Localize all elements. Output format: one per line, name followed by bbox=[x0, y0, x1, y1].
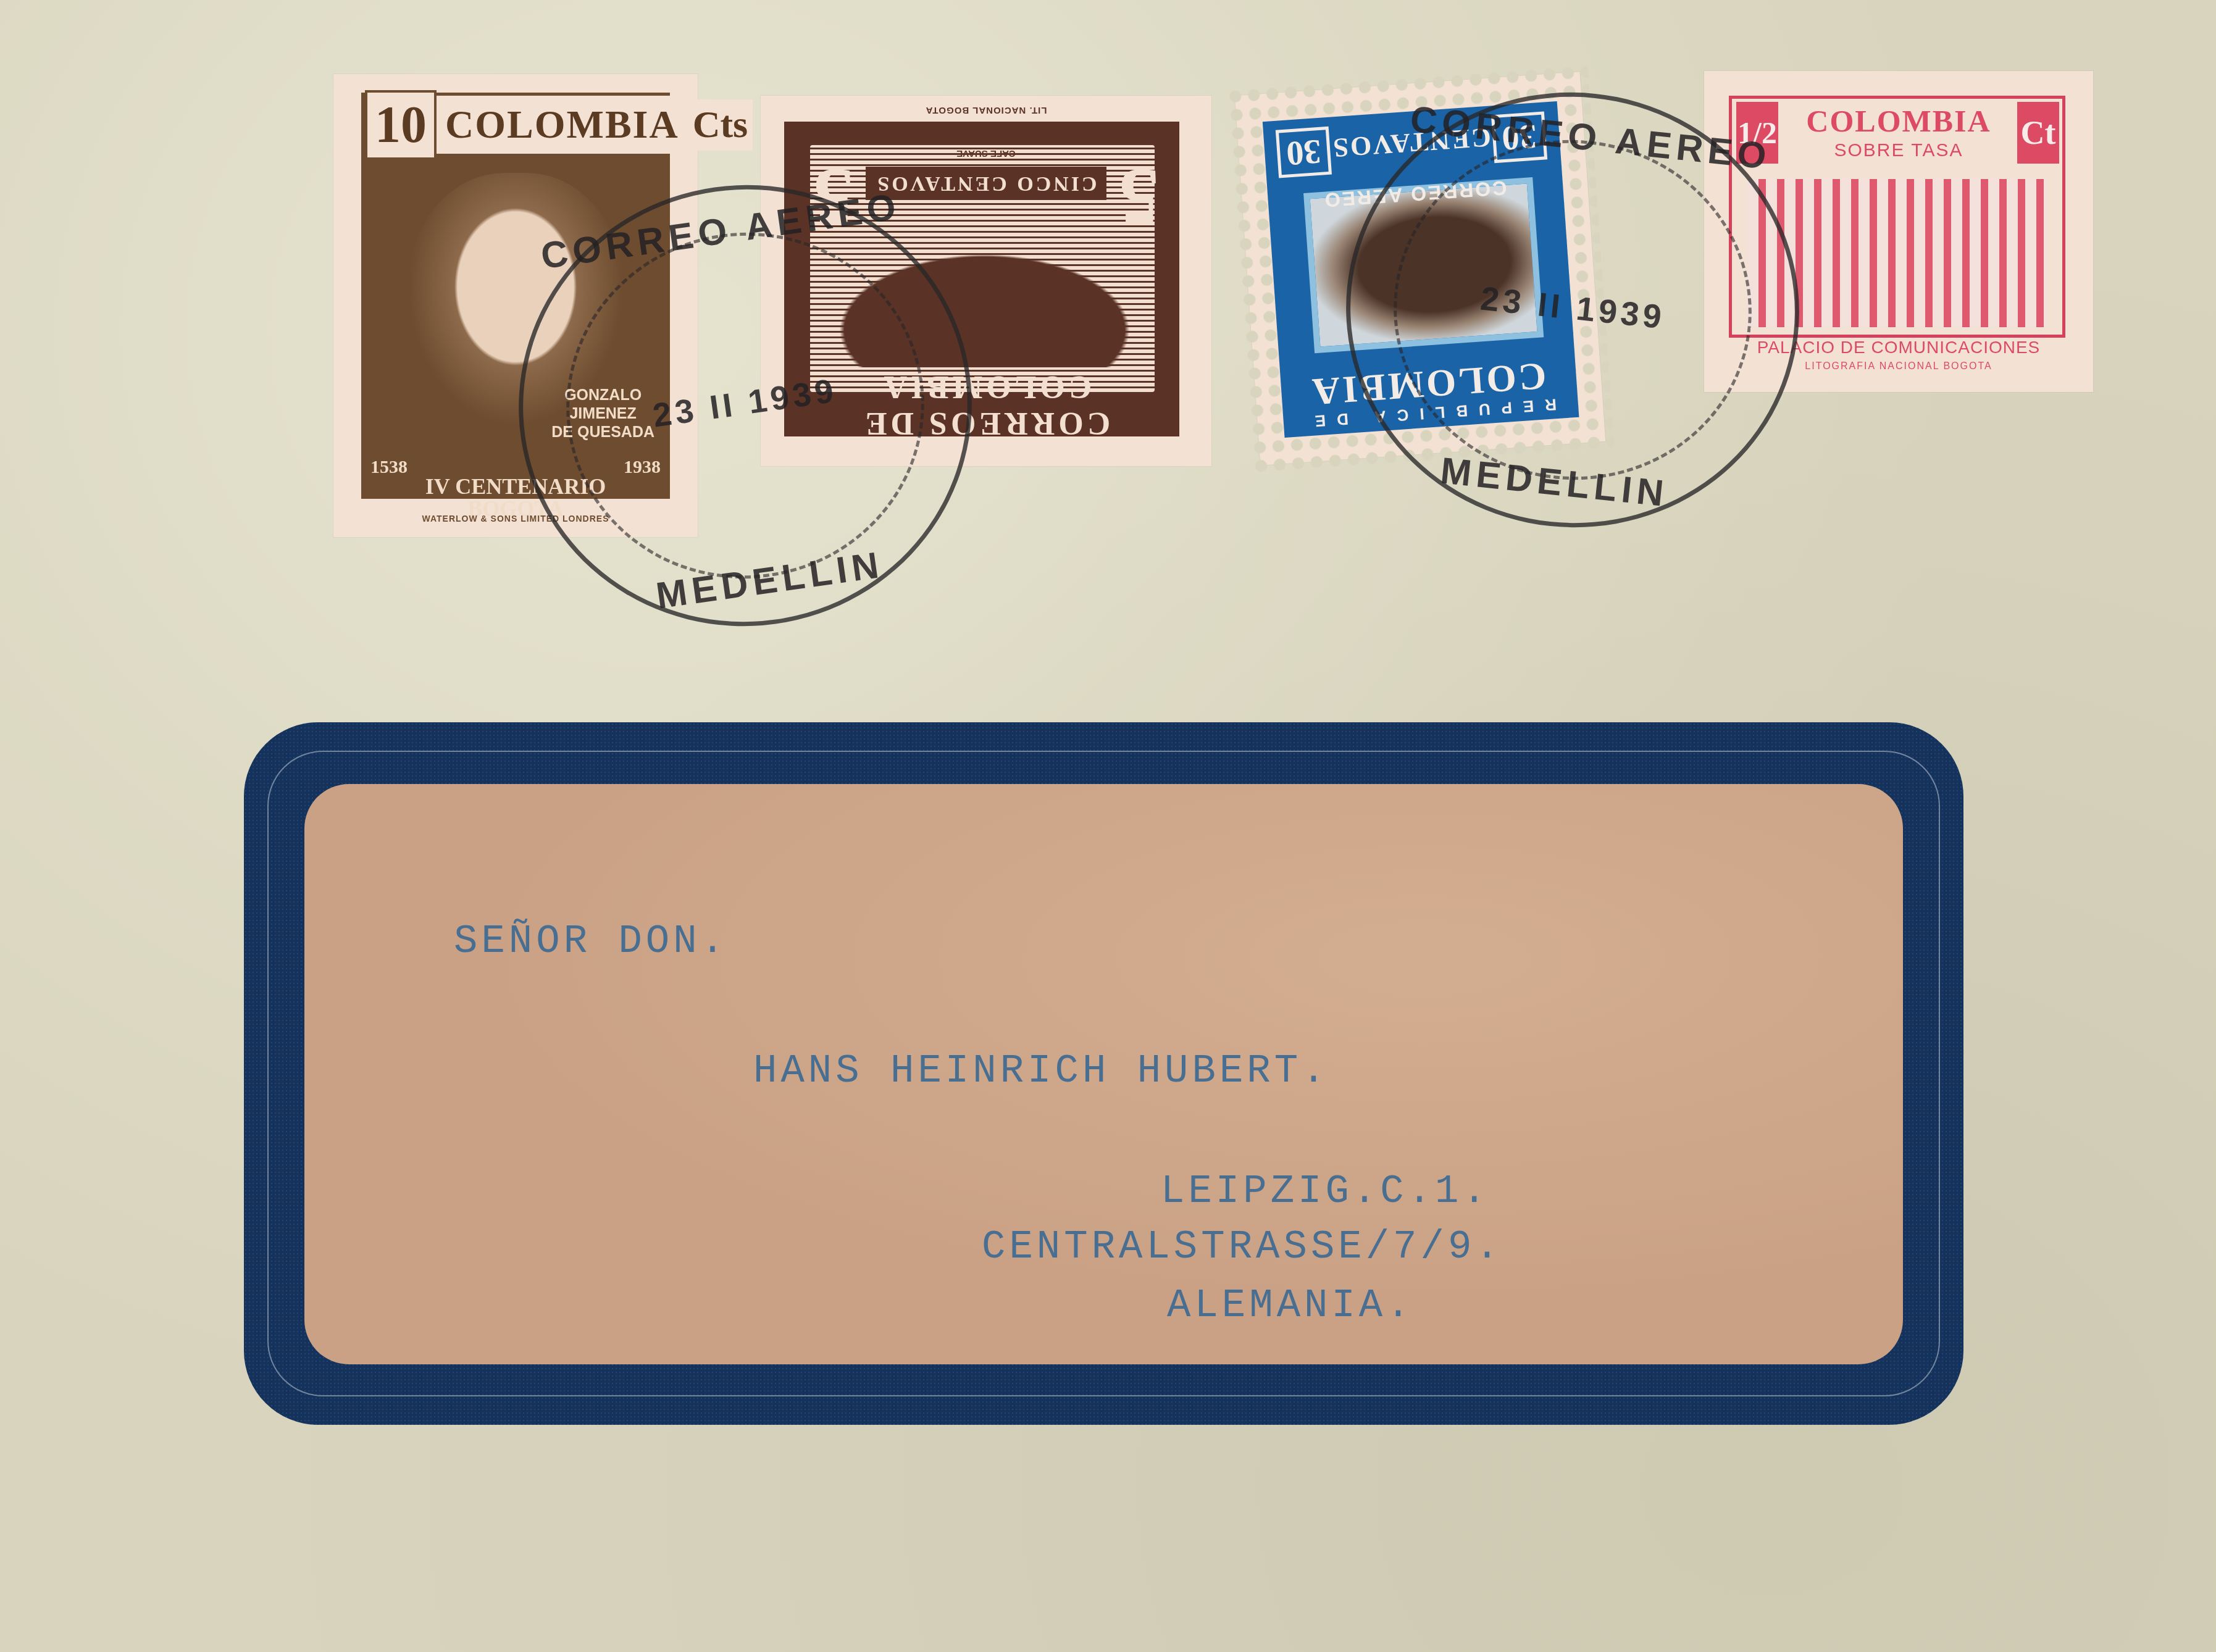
address-city: LEIPZIG.C.1. bbox=[1161, 1170, 1490, 1214]
year-left: 1538 bbox=[370, 457, 408, 478]
envelope: 10 COLOMBIA Cts GONZALO JIMENEZ DE QUESA… bbox=[0, 0, 2216, 1652]
address-recipient-name: HANS HEINRICH HUBERT. bbox=[753, 1049, 1329, 1094]
stamp-unit: Ct bbox=[2017, 102, 2059, 164]
stamp-unit: Cts bbox=[688, 99, 753, 151]
stamp-value: 30 bbox=[1276, 127, 1332, 178]
stamp-value: 10 bbox=[365, 90, 437, 160]
stamp-country: COLOMBIA bbox=[1784, 103, 2013, 139]
address-salutation: SEÑOR DON. bbox=[454, 920, 728, 964]
address-country: ALEMANIA. bbox=[1167, 1284, 1414, 1329]
printer-imprint: LIT. NACIONAL BOGOTA bbox=[761, 105, 1211, 115]
stamp-header: 10 COLOMBIA Cts bbox=[361, 93, 670, 157]
stamp-caption: CAFE SUAVE bbox=[761, 148, 1211, 159]
stamp-country: COLOMBIA bbox=[437, 96, 688, 154]
stamp-value: 5 bbox=[1119, 150, 1159, 243]
stamp-surcharge: SOBRE TASA bbox=[1784, 140, 2013, 161]
address-street: CENTRALSTRASSE/7/9. bbox=[982, 1225, 1503, 1270]
